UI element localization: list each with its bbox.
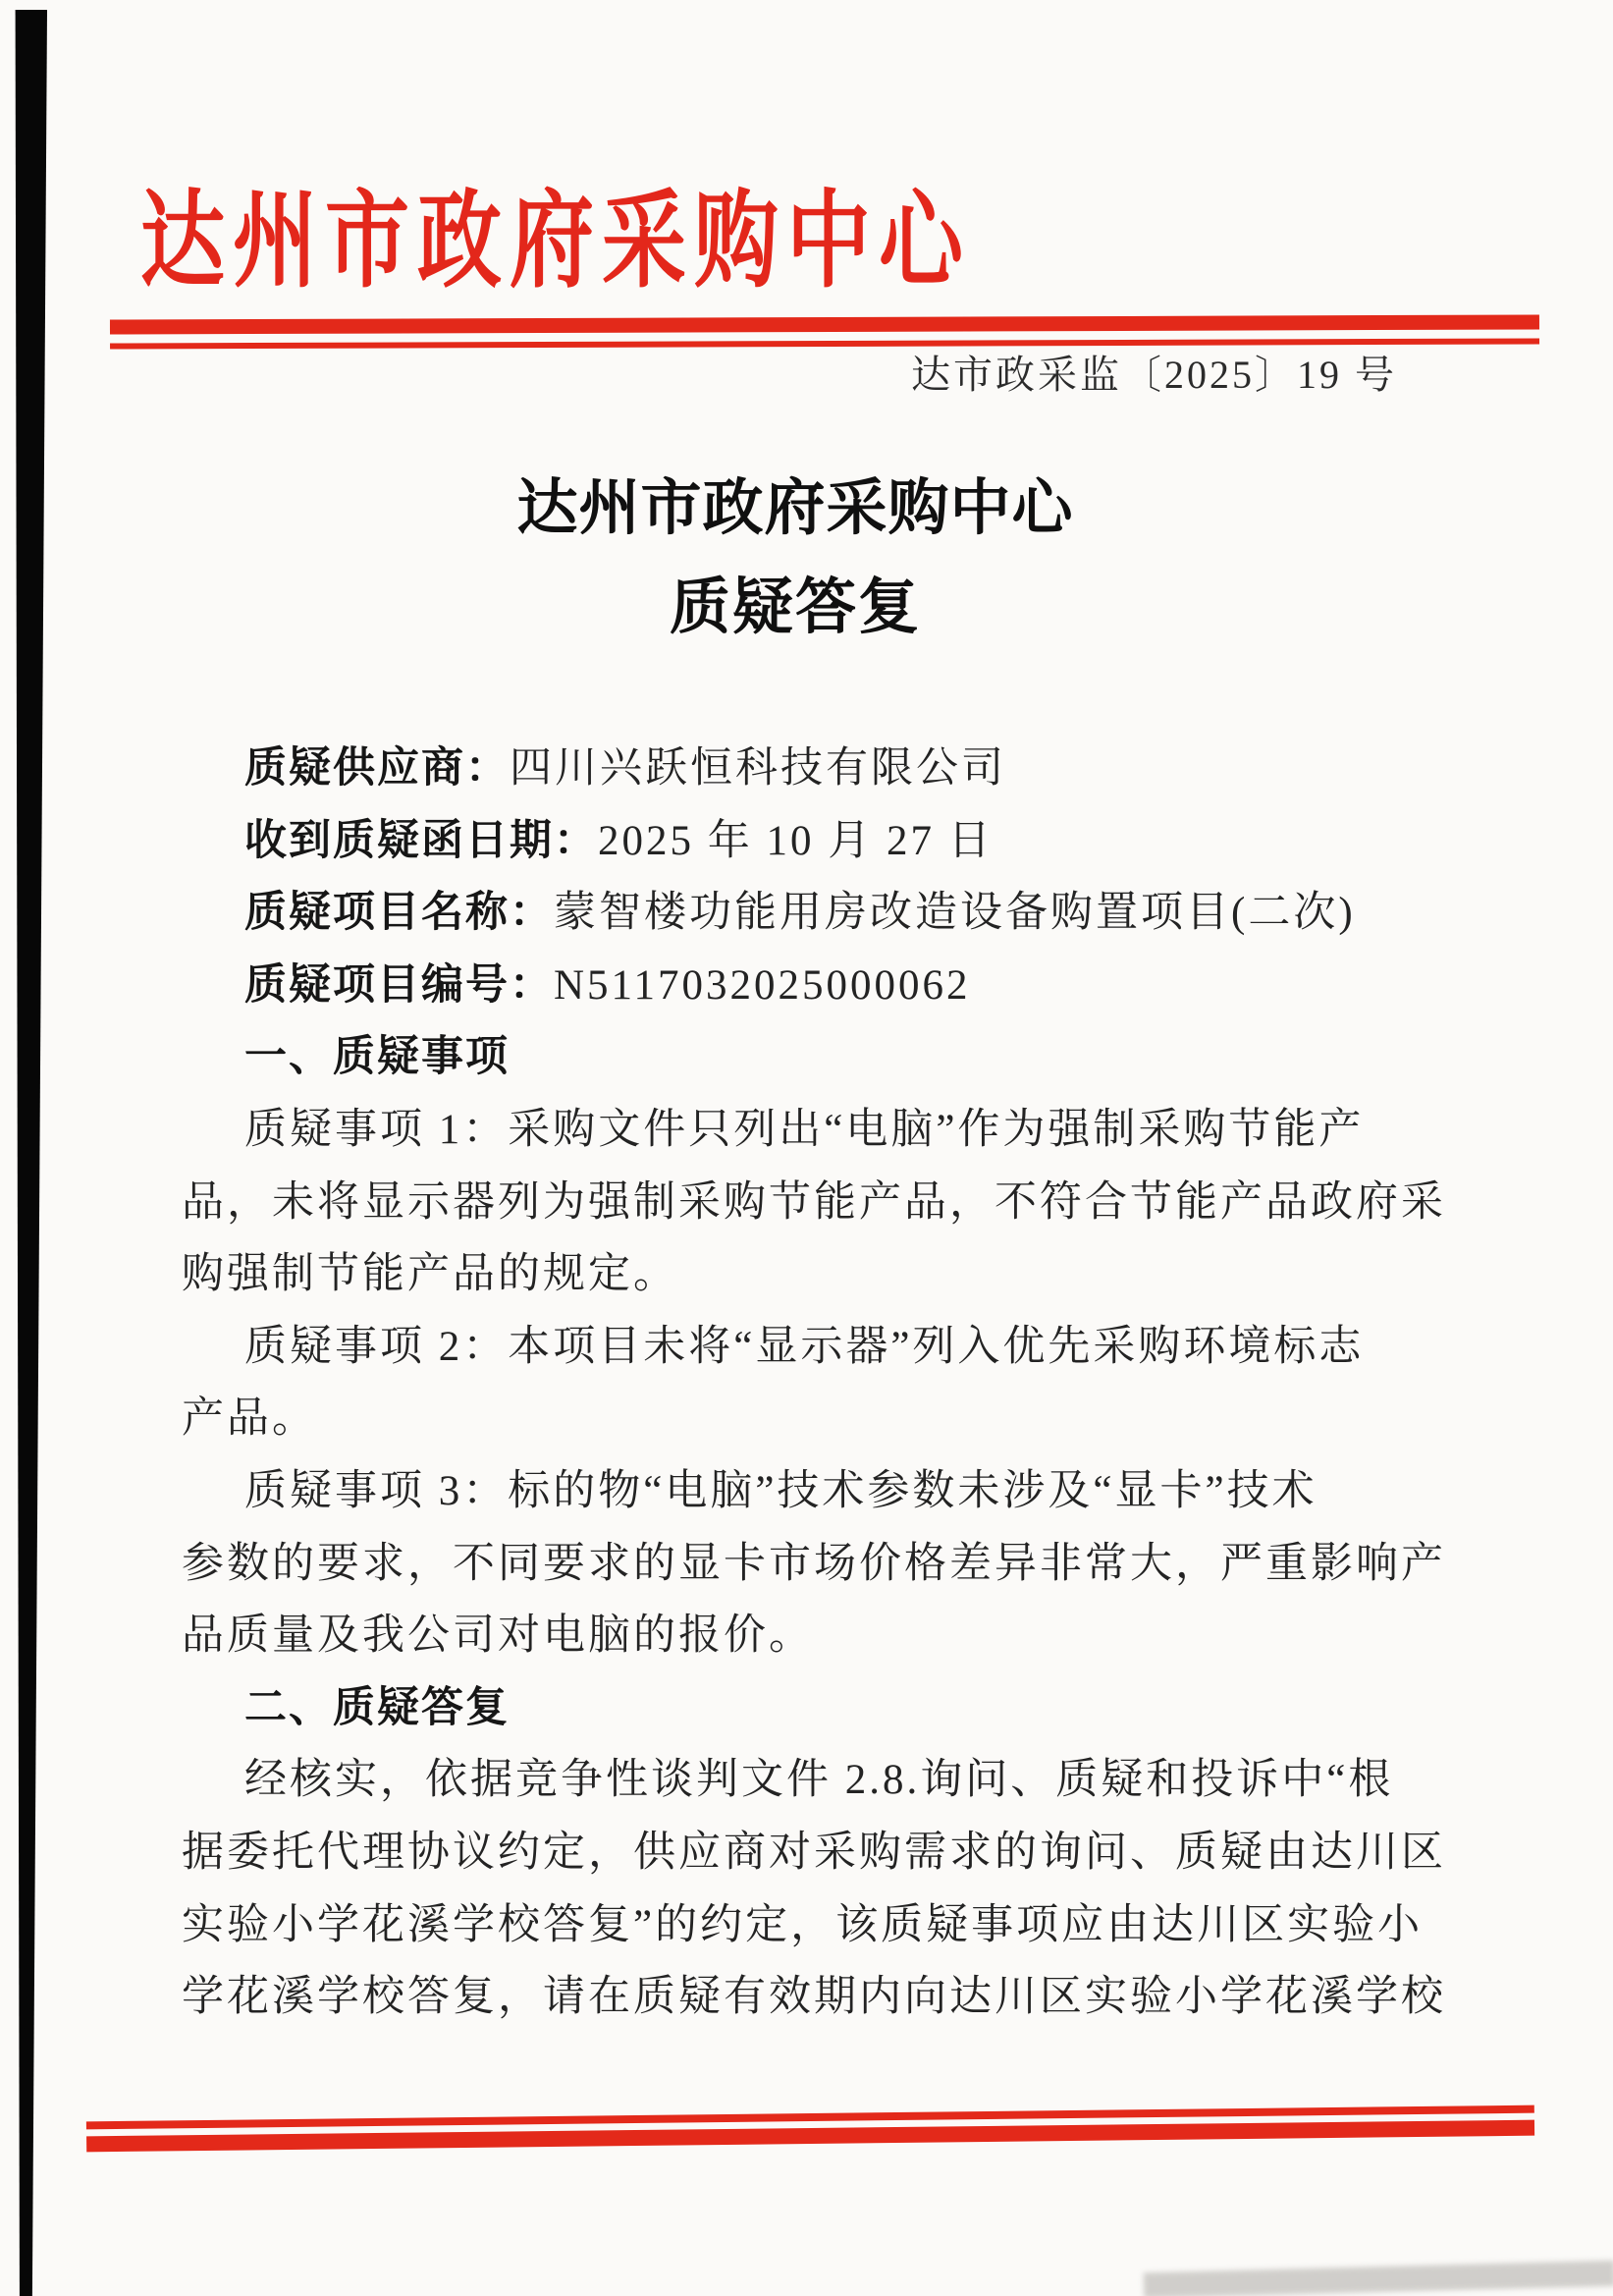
- project-number-value: N5117032025000062: [554, 962, 970, 1009]
- scan-artifact-bar: [12, 10, 47, 2296]
- reply-line4: 学花溪学校答复，请在质疑有效期内向达川区实验小学花溪学校: [182, 1961, 1458, 2034]
- query-item1-line1: 质疑事项 1：采购文件只列出“电脑”作为强制采购节能产: [182, 1094, 1458, 1167]
- query-item1-line2: 品，未将显示器列为强制采购节能产品，不符合节能产品政府采: [182, 1167, 1458, 1239]
- section2-heading-text: 二、质疑答复: [244, 1684, 510, 1731]
- query-item2-line1: 质疑事项 2：本项目未将“显示器”列入优先采购环境标志: [182, 1311, 1458, 1384]
- line-project-name: 质疑项目名称：蒙智楼功能用房改造设备购置项目(二次): [182, 877, 1458, 950]
- supplier-label: 质疑供应商：: [244, 744, 510, 792]
- received-date-label: 收到质疑函日期：: [244, 817, 598, 864]
- masthead-title: 达州市政府采购中心: [140, 189, 971, 295]
- query-item3-line2: 参数的要求，不同要求的显卡市场价格差异非常大，严重影响产: [182, 1528, 1458, 1601]
- line-supplier: 质疑供应商：四川兴跃恒科技有限公司: [182, 733, 1458, 805]
- footer-rules: [86, 2105, 1534, 2153]
- line-received-date: 收到质疑函日期：2025 年 10 月 27 日: [182, 805, 1458, 878]
- line-project-number: 质疑项目编号：N5117032025000062: [182, 950, 1458, 1022]
- received-date-value: 2025 年 10 月 27 日: [598, 818, 994, 864]
- reply-line2: 据委托代理协议约定，供应商对采购需求的询问、质疑由达川区: [182, 1817, 1458, 1889]
- project-name-label: 质疑项目名称：: [244, 889, 554, 936]
- section-heading-query-reply: 二、质疑答复: [182, 1672, 1458, 1745]
- section-heading-query-items: 一、质疑事项: [182, 1021, 1458, 1094]
- project-name-value: 蒙智楼功能用房改造设备购置项目(二次): [554, 890, 1356, 936]
- document-title: 达州市政府采购中心 质疑答复: [0, 477, 1590, 639]
- reply-line3: 实验小学花溪学校答复”的约定，该质疑事项应由达川区实验小: [182, 1889, 1458, 1962]
- scan-artifact-smudge: [1144, 2261, 1613, 2296]
- masthead-rule-thick: [110, 314, 1539, 334]
- query-item1-line3: 购强制节能产品的规定。: [182, 1238, 1458, 1311]
- query-item3-line1: 质疑事项 3：标的物“电脑”技术参数未涉及“显卡”技术: [182, 1455, 1458, 1528]
- query-item2-line2: 产品。: [182, 1383, 1458, 1455]
- document-title-line2: 质疑答复: [0, 576, 1590, 639]
- document-title-line1: 达州市政府采购中心: [0, 477, 1590, 540]
- project-number-label: 质疑项目编号：: [244, 961, 554, 1009]
- scanned-document-page: { "colors": { "masthead_red": "#e3271b",…: [0, 0, 1613, 2296]
- reply-line1: 经核实，依据竞争性谈判文件 2.8.询问、质疑和投诉中“根: [182, 1744, 1458, 1817]
- section1-heading-text: 一、质疑事项: [244, 1033, 510, 1080]
- document-body: 质疑供应商：四川兴跃恒科技有限公司 收到质疑函日期：2025 年 10 月 27…: [182, 733, 1458, 2034]
- document-number: 达市政采监〔2025〕19 号: [911, 344, 1397, 400]
- query-item3-line3: 品质量及我公司对电脑的报价。: [182, 1600, 1458, 1672]
- supplier-value: 四川兴跃恒科技有限公司: [510, 745, 1006, 792]
